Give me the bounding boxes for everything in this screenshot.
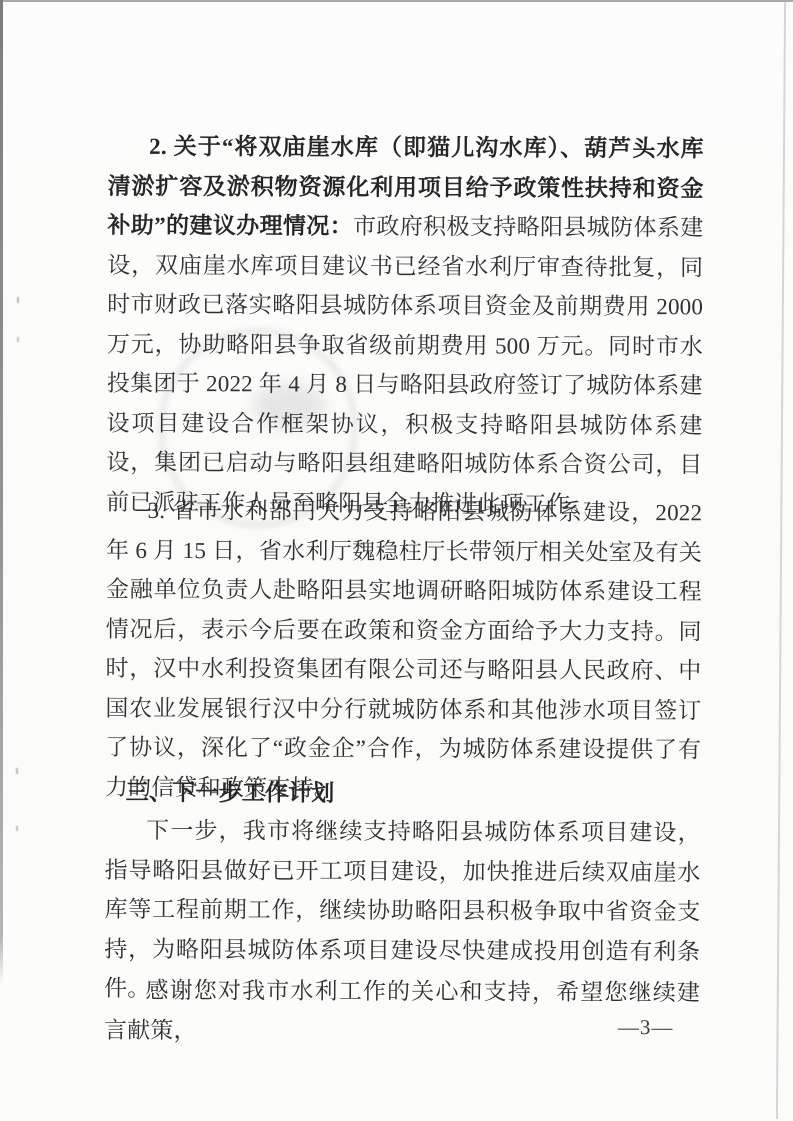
section-3-heading: 三、下一步工作计划 [105,773,701,815]
scanned-document-page: 2. 关于“将双庙崖水库（即猫儿沟水库）、葫芦头水库清淤扩容及淤积物资源化利用项… [0,0,793,1121]
paragraph-closing: 感谢您对我市水利工作的关心和支持，希望您继续建言献策， [104,971,700,1053]
paragraph-reply-item-3: 3. 省市水利部门大力支持略阳县城防体系建设，2022 年 6 月 15 日，省… [105,491,702,810]
document-text: 2. 关于“将双庙崖水库（即猫儿沟水库）、葫芦头水库清淤扩容及淤积物资源化利用项… [0,0,793,1121]
paragraph-reply-item-2: 2. 关于“将双庙崖水库（即猫儿沟水库）、葫芦头水库清淤扩容及淤积物资源化利用项… [106,127,704,525]
page-number: —3— [618,1015,688,1040]
item-2-body-text: 市政府积极支持略阳县城防体系建设，双庙崖水库项目建议书已经省水利厅审查待批复，同… [106,214,703,517]
